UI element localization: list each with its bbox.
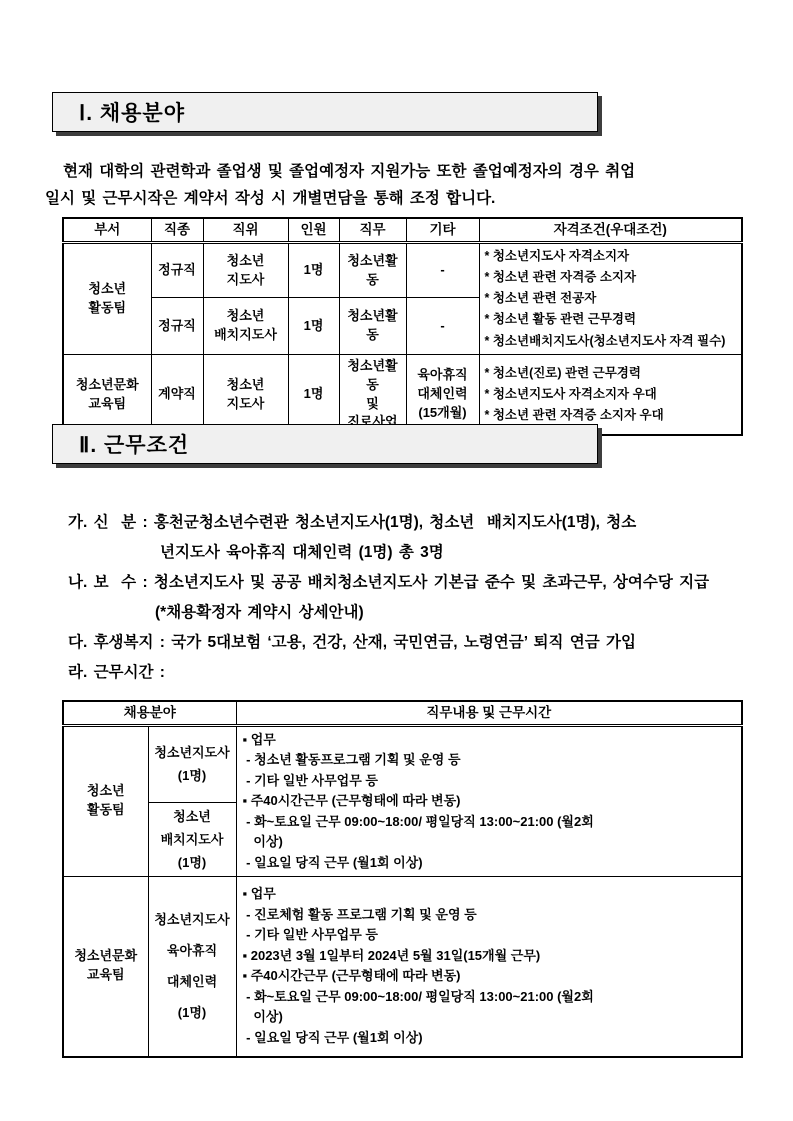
header-duty-detail: 직무내용 및 근무시간 bbox=[236, 701, 742, 725]
header-count: 인원 bbox=[288, 218, 339, 242]
cell-sched-dept-culture: 청소년문화 교육팀 bbox=[63, 877, 148, 1057]
header-qualification: 자격조건(우대조건) bbox=[479, 218, 742, 242]
section2-title-box: Ⅱ. 근무조건 bbox=[52, 424, 598, 464]
header-jobtype: 직종 bbox=[151, 218, 203, 242]
schedule-header-row: 채용분야 직무내용 및 근무시간 bbox=[63, 701, 742, 725]
cell-duty-2: 청소년활동 bbox=[339, 298, 406, 354]
intro-line-1: 현재 대학의 관련학과 졸업생 및 졸업예정자 지원가능 또한 졸업예정자의 경… bbox=[45, 158, 760, 185]
cell-etc-2: - bbox=[406, 298, 479, 354]
recruitment-table: 부서 직종 직위 인원 직무 기타 자격조건(우대조건) 청소년 활동팀 정규직… bbox=[62, 217, 743, 436]
schedule-row-1: 청소년 활동팀 청소년지도사 (1명) ▪ 업무 - 청소년 활동프로그램 기획… bbox=[63, 725, 742, 802]
intro-line-2: 일시 및 근무시작은 계약서 작성 시 개별면담을 통해 조정 합니다. bbox=[45, 185, 760, 212]
cell-count-2: 1명 bbox=[288, 298, 339, 354]
header-duty: 직무 bbox=[339, 218, 406, 242]
cell-jobtype-2: 정규직 bbox=[151, 298, 203, 354]
schedule-row-3: 청소년문화 교육팀 청소년지도사 육아휴직 대체인력 (1명) ▪ 업무 - 진… bbox=[63, 877, 742, 1057]
work-conditions-list: 가. 신 분 : 홍천군청소년수련관 청소년지도사(1명), 청소년 배치지도사… bbox=[68, 508, 780, 688]
item-ga-line2: 년지도사 육아휴직 대체인력 (1명) 총 3명 bbox=[160, 538, 780, 568]
cell-sched-sub2: 청소년 배치지도사 (1명) bbox=[148, 802, 236, 876]
cell-sched-detail-group1: ▪ 업무 - 청소년 활동프로그램 기획 및 운영 등 - 기타 일반 사무업무… bbox=[236, 725, 742, 877]
cell-etc-1: - bbox=[406, 242, 479, 298]
cell-position-2: 청소년 배치지도사 bbox=[203, 298, 288, 354]
cell-sched-sub1: 청소년지도사 (1명) bbox=[148, 725, 236, 802]
item-da: 다. 후생복지 : 국가 5대보험 ‘고용, 건강, 산재, 국민연금, 노령연… bbox=[68, 628, 780, 658]
cell-sched-detail-group2: ▪ 업무 - 진로체험 활동 프로그램 기획 및 운영 등 - 기타 일반 사무… bbox=[236, 877, 742, 1057]
intro-paragraph: 현재 대학의 관련학과 졸업생 및 졸업예정자 지원가능 또한 졸업예정자의 경… bbox=[45, 158, 760, 212]
header-position: 직위 bbox=[203, 218, 288, 242]
section1-title: Ⅰ. 채용분야 bbox=[79, 97, 185, 127]
section2-title: Ⅱ. 근무조건 bbox=[79, 429, 189, 459]
recruit-row-1: 청소년 활동팀 정규직 청소년 지도사 1명 청소년활동 - * 청소년지도사 … bbox=[63, 242, 742, 298]
cell-qualification-group1: * 청소년지도사 자격소지자 * 청소년 관련 자격증 소지자 * 청소년 관련… bbox=[479, 242, 742, 354]
item-ra: 라. 근무시간 : bbox=[68, 658, 780, 688]
item-ga-line1: 가. 신 분 : 홍천군청소년수련관 청소년지도사(1명), 청소년 배치지도사… bbox=[68, 508, 780, 538]
header-etc: 기타 bbox=[406, 218, 479, 242]
header-recruit-field: 채용분야 bbox=[63, 701, 236, 725]
header-dept: 부서 bbox=[63, 218, 151, 242]
cell-count-1: 1명 bbox=[288, 242, 339, 298]
document-page: Ⅰ. 채용분야 현재 대학의 관련학과 졸업생 및 졸업예정자 지원가능 또한 … bbox=[0, 0, 793, 1121]
recruit-header-row: 부서 직종 직위 인원 직무 기타 자격조건(우대조건) bbox=[63, 218, 742, 242]
cell-position-1: 청소년 지도사 bbox=[203, 242, 288, 298]
cell-duty-1: 청소년활동 bbox=[339, 242, 406, 298]
item-na-note: (*채용확정자 계약시 상세안내) bbox=[155, 598, 780, 628]
cell-jobtype-1: 정규직 bbox=[151, 242, 203, 298]
cell-sched-dept-activity: 청소년 활동팀 bbox=[63, 725, 148, 877]
schedule-table: 채용분야 직무내용 및 근무시간 청소년 활동팀 청소년지도사 (1명) ▪ 업… bbox=[62, 700, 743, 1058]
cell-dept-activity-team: 청소년 활동팀 bbox=[63, 242, 151, 354]
cell-sched-sub3: 청소년지도사 육아휴직 대체인력 (1명) bbox=[148, 877, 236, 1057]
section1-title-box: Ⅰ. 채용분야 bbox=[52, 92, 598, 132]
item-na: 나. 보 수 : 청소년지도사 및 공공 배치청소년지도사 기본급 준수 및 초… bbox=[68, 568, 780, 598]
